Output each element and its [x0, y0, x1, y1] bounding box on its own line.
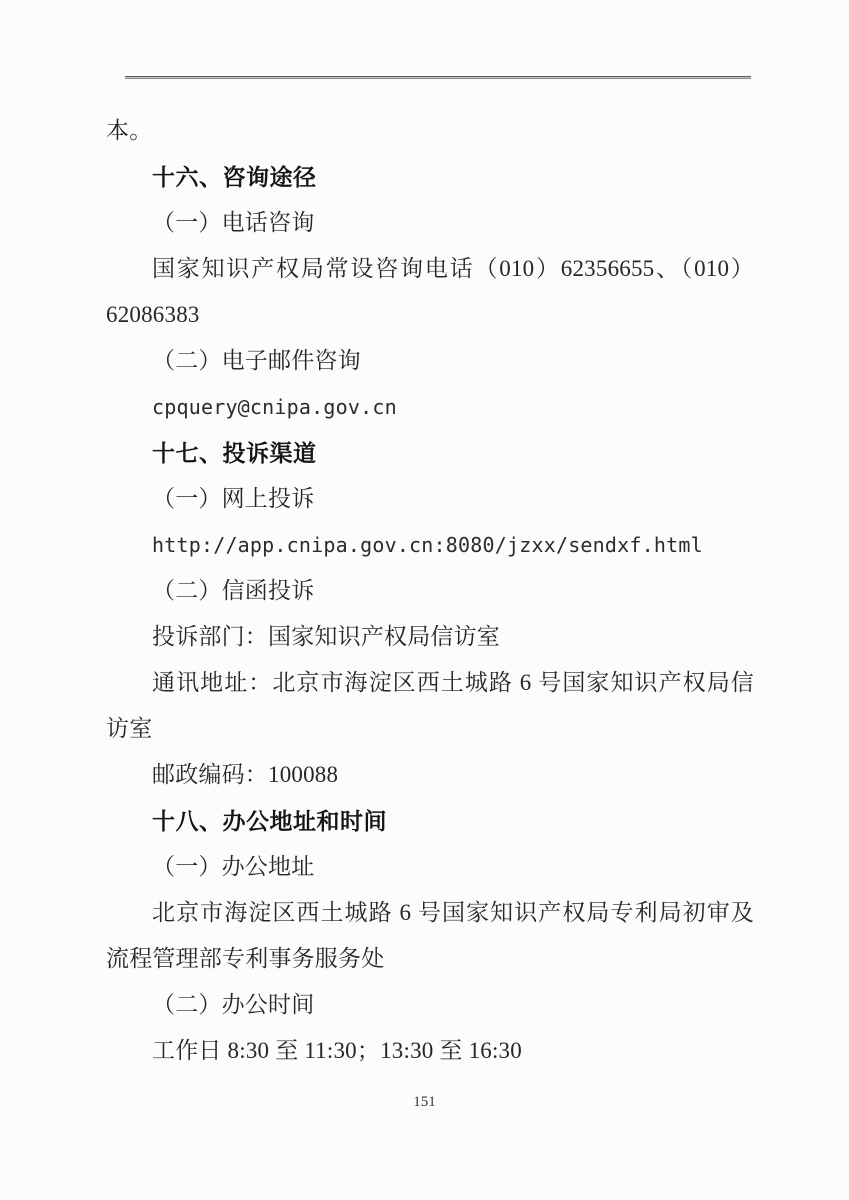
section-heading: 十六、咨询途径	[106, 154, 754, 200]
paragraph: 本。	[106, 108, 754, 154]
section-heading: 十八、办公地址和时间	[106, 798, 754, 844]
section-heading: 十七、投诉渠道	[106, 430, 754, 476]
paragraph: 工作日 8:30 至 11:30；13:30 至 16:30	[106, 1028, 754, 1074]
document-page: 本。十六、咨询途径（一）电话咨询国家知识产权局常设咨询电话（010）623566…	[0, 0, 849, 1200]
page-number: 151	[0, 1094, 849, 1111]
paragraph: （一）电话咨询	[106, 200, 754, 246]
paragraph: （一）办公地址	[106, 844, 754, 890]
paragraph: （二）信函投诉	[106, 568, 754, 614]
paragraph: （二）电子邮件咨询	[106, 338, 754, 384]
paragraph: 北京市海淀区西土城路 6 号国家知识产权局专利局初审及流程管理部专利事务服务处	[106, 890, 754, 982]
paragraph: （二）办公时间	[106, 982, 754, 1028]
paragraph: 投诉部门：国家知识产权局信访室	[106, 614, 754, 660]
paragraph: cpquery@cnipa.gov.cn	[106, 384, 754, 430]
paragraph: 国家知识产权局常设咨询电话（010）62356655、（010）62086383	[106, 246, 754, 338]
paragraph: http://app.cnipa.gov.cn:8080/jzxx/sendxf…	[106, 522, 754, 568]
page-content: 本。十六、咨询途径（一）电话咨询国家知识产权局常设咨询电话（010）623566…	[106, 108, 754, 1074]
header-rule	[125, 76, 751, 79]
paragraph: （一）网上投诉	[106, 476, 754, 522]
paragraph: 通讯地址：北京市海淀区西土城路 6 号国家知识产权局信访室	[106, 660, 754, 752]
paragraph: 邮政编码：100088	[106, 752, 754, 798]
